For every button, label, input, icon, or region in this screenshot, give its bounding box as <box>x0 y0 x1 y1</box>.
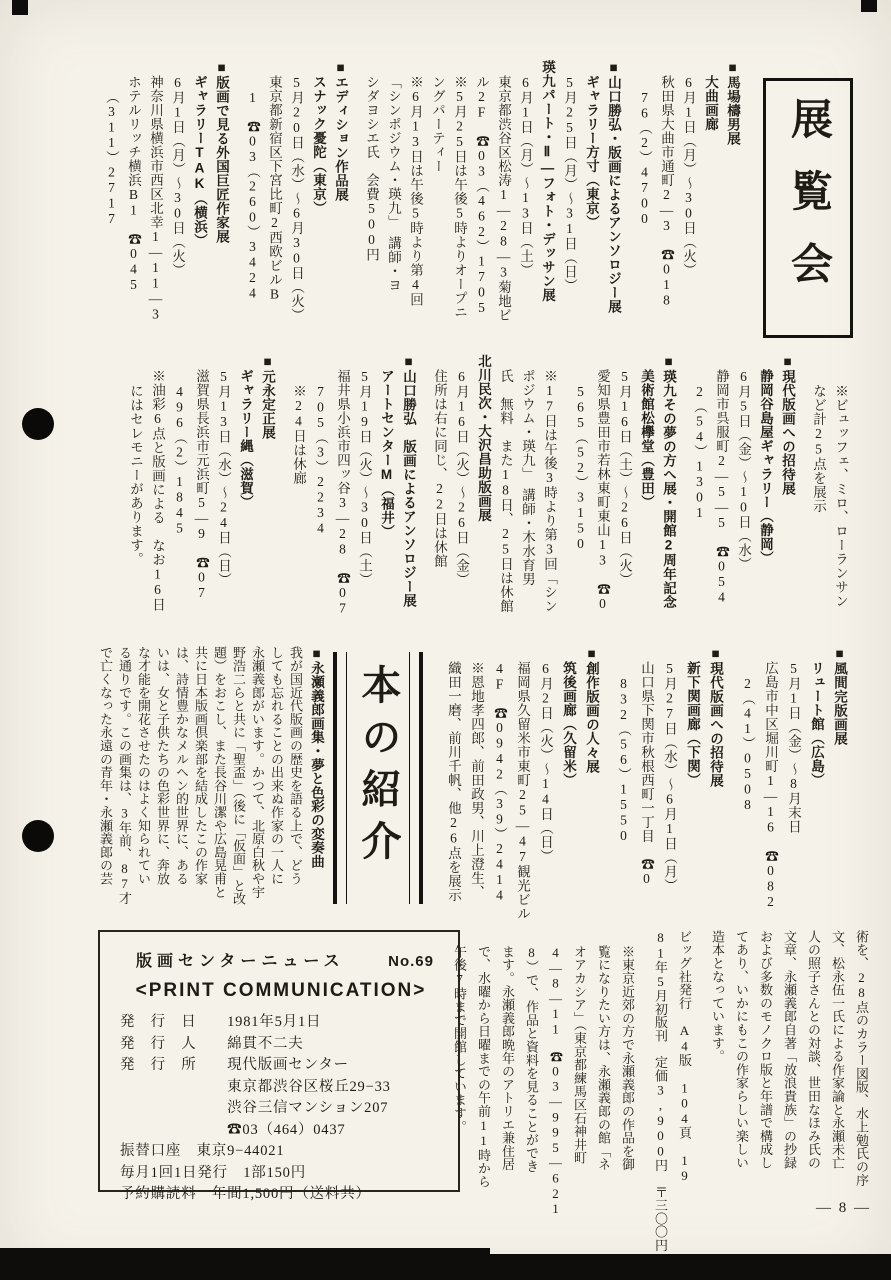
note-line: ※ビュッフェ、ミロ、ローランサン <box>829 354 851 650</box>
venue: ギャラリーTAK（横浜） <box>188 60 210 394</box>
binding-hole-top <box>22 408 54 440</box>
phone: 705（3）2234 <box>309 354 331 650</box>
note-line: 住所は右に同じ、22日は休館 <box>428 354 450 650</box>
exhibition-entry-yamaguchi-fukui: ■山口勝弘 版画によるアンソロジー展 アートセンターM（福井） 5月19日（火）… <box>287 354 419 650</box>
exhibition-entry-kurume: ■創作版画の人々展 筑後画廊（久留米） 6月2日（火）〜14日（日） 福岡県久留… <box>442 646 603 940</box>
text-column: 共に日本版画倶楽部を結成したこの作家 <box>191 646 210 938</box>
address: 福岡県久留米市東町25—47観光ビル <box>511 646 534 940</box>
colophon-row: 発 行 日 1981年5月1日 <box>120 1012 442 1034</box>
dates: 5月13日（水）〜24日（日） <box>212 354 234 650</box>
exhibition-entry-eikyu-notes: ※17日は午後3時より第3回「シン ポジウム・瑛九」 講師・木水育男 氏 無料 … <box>428 354 560 650</box>
venue: 新下関画廊（下関） <box>681 646 704 940</box>
text-column: 我が国近代版画の歴史を語る上で、どう <box>286 646 305 938</box>
note-line: ※24日は休廊 <box>287 354 309 650</box>
dates: 5月19日（火）〜30日（土） <box>353 354 375 650</box>
text-column: で、水曜から日曜までの午前11時から <box>471 930 495 1230</box>
scan-edge-bar <box>0 1254 891 1280</box>
note-line: ※恩地孝四郎、前田政男、川上澄生、 <box>465 646 488 940</box>
note-line: ※5月25日は午後5時よりオープニ <box>448 60 470 394</box>
text-column: オアカシア」（東京都練馬区石神井町 <box>567 930 591 1230</box>
exhibition-title: ■創作版画の人々展 <box>580 646 603 940</box>
colophon-row: 振替口座 東京9−44021 <box>120 1141 442 1163</box>
colophon-row: 渋谷三信マンション207 <box>120 1098 442 1120</box>
dates: 5月1日（金）〜8月末日 <box>782 646 805 940</box>
text-column: ※東京近郊の方で永瀬義郎の作品を御 <box>615 930 639 1230</box>
registration-mark-top-left <box>12 0 28 15</box>
address: 東京都渋谷区松涛1—28—3菊地ビ <box>492 60 514 394</box>
binding-hole-bottom <box>22 820 54 852</box>
colophon-rows: 発 行 日 1981年5月1日 発 行 人 綿貫不二夫 発 行 所 現代版画セン… <box>120 1012 442 1206</box>
colophon-row: 予約購読料 年間1,500円（送料共） <box>120 1184 442 1206</box>
dates: 6月2日（火）〜14日（日） <box>534 646 557 940</box>
book-review-article-part2: 術を、28点のカラー図版、水上勉氏の序 文、松永伍一氏による作家論と永瀬未亡 人… <box>438 930 873 1230</box>
exhibition-title: ■現代版画への招待展 <box>704 646 727 940</box>
phone: ル2F ☎03（462）1705 <box>470 60 492 394</box>
text-column: 文章、永瀬義郎自著「放浪貴族」の抄録 <box>777 930 801 1230</box>
text-column: 人の照子さんとの対談、世田なほみ氏の <box>801 930 825 1230</box>
venue: ギャラリー方寸（東京） <box>580 60 602 394</box>
address: 福井県小浜市四ッ谷3—28 ☎07 <box>331 354 353 650</box>
text-column: 術を、28点のカラー図版、水上勉氏の序 <box>849 930 873 1230</box>
exhibition-title: ■版画で見る外国巨匠作家展 <box>210 60 232 394</box>
colophon-row: 毎月1回1日発行 1部150円 <box>120 1163 442 1185</box>
venue: ギャラリー縄（滋賀） <box>234 354 256 650</box>
phone: 2（54）1301 <box>688 354 710 650</box>
text-column: しても忘れることの出来ぬ作家の一人に <box>267 646 286 938</box>
decorative-rule-right <box>409 652 423 904</box>
colophon-row: 発 行 所 現代版画センター <box>120 1055 442 1077</box>
note-line: ※6月13日は午後5時より第4回 <box>404 60 426 394</box>
exhibition-entry-kazama: ■風間完版画展 リュート館（広島） 5月1日（金）〜8月末日 広島市中区堀川町1… <box>736 646 851 940</box>
book-review-article-part1: ■永瀬義郎画集・夢と色彩の変奏曲 我が国近代版画の歴史を語る上で、どう しても忘… <box>96 646 328 938</box>
text-column: 造本となっています。 <box>705 930 729 1230</box>
scanned-newsletter-page: 展覧会 ■馬場檮男展 大曲画廊 6月1日（月）〜30日（火） 秋田県大曲市通町2… <box>0 0 891 1280</box>
text-column: 永瀬義郎がいます。かつて、北原白秋や宇 <box>248 646 267 938</box>
colophon-box: 版画センターニュース No.69 <PRINT COMMUNICATION> 発… <box>98 930 460 1192</box>
dates: 5月16日（土）〜26日（火） <box>613 354 635 650</box>
text-column: てあり、いかにもこの作家らしい楽しい <box>729 930 753 1230</box>
address: 東京都新宿区下宮比町2西欧ビルB <box>263 60 285 394</box>
page-number: — 8 — <box>816 1200 871 1217</box>
exhibition-title: ■元永定正展 <box>256 354 278 650</box>
phone: 76（2）4700 <box>633 60 655 394</box>
publisher-info: ビッグ社発行 A4版 104頁 19 81年5月初版刊 定価3,900円 〒三〇… <box>648 930 696 1230</box>
colophon-row: ☎03（464）0437 <box>120 1120 442 1142</box>
exhibition-title: ■現代版画への招待展 <box>776 354 798 650</box>
phone: 832（56）1550 <box>612 646 635 940</box>
text-column: 題）をおこし、また長谷川潔や広島晃甫と <box>210 646 229 938</box>
exhibition-title: ■山口勝弘 版画によるアンソロジー展 <box>397 354 419 650</box>
text-column: いは、女と子供たちの色彩世界に、奔放 <box>153 646 172 938</box>
exhibition-title: 瑛九パート・Ⅱ—フォト・デッサン展 <box>536 60 558 394</box>
phone: 1 ☎03（260）3424 <box>241 60 263 394</box>
newsletter-title: 版画センターニュース <box>136 948 345 971</box>
note-line: シダヨシエ氏 会費500円 <box>360 60 382 394</box>
note-line: など計25点を展示 <box>807 354 829 650</box>
venue: アートセンターM（福井） <box>375 354 397 650</box>
exhibition-title: ■風間完版画展 <box>828 646 851 940</box>
exhibitions-band-1: ■馬場檮男展 大曲画廊 6月1日（月）〜30日（火） 秋田県大曲市通町2—3 ☎… <box>91 60 743 394</box>
dates: 6月1日（月）〜13日（土） <box>514 60 536 394</box>
address: 神奈川県横浜市西区北幸1—11—3 <box>144 60 166 394</box>
exhibition-entry-shimonoseki: ■現代版画への招待展 新下関画廊（下関） 5月27日（水）〜6月1日（月） 山口… <box>612 646 727 940</box>
note-line: 「シンポジウム・瑛九」 講師・ヨ <box>382 60 404 394</box>
address: 広島市中区堀川町1—16 ☎082 <box>759 646 782 940</box>
issue-number: No.69 <box>388 953 434 970</box>
dates: 5月25日（月）〜31日（日） <box>558 60 580 394</box>
phone: （311）2717 <box>100 60 122 394</box>
note-line: 織田一磨、前川千帆、他26点を展示 <box>442 646 465 940</box>
text-column: ビッグ社発行 A4版 104頁 19 <box>672 930 696 1230</box>
exhibition-title: ■馬場檮男展 <box>721 60 743 394</box>
phone: 565（52）3150 <box>569 354 591 650</box>
text-column: および多数のモノクロ版と年譜で構成し <box>753 930 777 1230</box>
venue: スナック憂陀（東京） <box>307 60 329 394</box>
text-column: 8）で、作品と資料を見ることができ <box>519 930 543 1230</box>
address: 静岡市呉服町2—5—5 ☎054 <box>710 354 732 650</box>
note-line: にはセレモニーがあります。 <box>124 354 146 650</box>
venue: リュート館（広島） <box>805 646 828 940</box>
address: 秋田県大曲市通町2—3 ☎018 <box>655 60 677 394</box>
text-column: 4—8—11 ☎03—995—621 <box>543 930 567 1230</box>
exhibitions-section-title-box: 展覧会 <box>763 78 853 338</box>
visiting-note: ※東京近郊の方で永瀬義郎の作品を御 覧になりたい方は、永瀬義郎の館「ネ オアカシ… <box>447 930 639 1230</box>
text-column: は、詩情豊かなメルヘン的世界に、ある <box>172 646 191 938</box>
text-column: で亡くなった永遠の青年・永瀬義郎の芸 <box>96 646 115 938</box>
exhibition-title: ■エディション作品展 <box>329 60 351 394</box>
newsletter-subtitle: <PRINT COMMUNICATION> <box>120 980 442 1002</box>
colophon-row: 東京都渋谷区桜丘29−33 <box>120 1077 442 1099</box>
exhibition-entry-shizuoka: ■現代版画への招待展 静岡谷島屋ギャラリー（静岡） 6月5日（金）〜10日（水）… <box>688 354 798 650</box>
book-section-title: 本の紹介 <box>358 652 398 904</box>
exhibition-title: ■山口勝弘・版画によるアンソロジー展 <box>602 60 624 394</box>
text-column: 覧になりたい方は、永瀬義郎の館「ネ <box>591 930 615 1230</box>
dates: 6月16日（火）〜26日（金） <box>450 354 472 650</box>
phone: 4F ☎0942（39）2414 <box>488 646 511 940</box>
text-column: 文、松永伍一氏による作家論と永瀬未亡 <box>825 930 849 1230</box>
exhibitions-band-3: ■風間完版画展 リュート館（広島） 5月1日（金）〜8月末日 広島市中区堀川町1… <box>433 646 851 940</box>
phone: 496（2）1845 <box>168 354 190 650</box>
exhibition-entry-motonaga: ■元永定正展 ギャラリー縄（滋賀） 5月13日（水）〜24日（日） 滋賀県長浜市… <box>124 354 278 650</box>
phone: 2（41）0508 <box>736 646 759 940</box>
colophon-row: 発 行 人 綿貫不二夫 <box>120 1034 442 1056</box>
note-line: 氏 無料 また18日、25日は休館 <box>494 354 516 650</box>
dates: 5月27日（水）〜6月1日（月） <box>658 646 681 940</box>
text-column: ます。永瀬義郎晩年のアトリエ兼住居 <box>495 930 519 1230</box>
note-line: ングパーティー <box>426 60 448 394</box>
address: 愛知県豊田市若林東町東山13 ☎0 <box>591 354 613 650</box>
exhibition-entry-eikyu-toyota: ■瑛九その夢の方へ展・開館2周年記念 美術館松欅堂（豊田） 5月16日（土）〜2… <box>569 354 679 650</box>
dates: 5月20日（水）〜6月30日（火） <box>285 60 307 394</box>
registration-mark-top-right <box>861 0 877 12</box>
text-column: 81年5月初版刊 定価3,900円 〒三〇〇円 <box>648 930 672 1230</box>
colophon-header: 版画センターニュース No.69 <box>120 948 442 971</box>
exhibition-entry-foreign-masters: ■版画で見る外国巨匠作家展 ギャラリーTAK（横浜） 6月1日（月）〜30日（火… <box>100 60 232 394</box>
note-line: ※油彩6点と版画による なお16日 <box>146 354 168 650</box>
dates: 6月5日（金）〜10日（水） <box>732 354 754 650</box>
exhibition-entry-edition: ■エディション作品展 スナック憂陀（東京） 5月20日（水）〜6月30日（火） … <box>241 60 351 394</box>
exhibition-entry-yamaguchi-tokyo: ■山口勝弘・版画によるアンソロジー展 ギャラリー方寸（東京） 5月25日（月）〜… <box>360 60 624 394</box>
exhibitions-band-2: ※ビュッフェ、ミロ、ローランサン など計25点を展示 ■現代版画への招待展 静岡… <box>115 354 851 650</box>
exhibition-title: ■瑛九その夢の方へ展・開館2周年記念 <box>657 354 679 650</box>
dates: 6月1日（月）〜30日（火） <box>166 60 188 394</box>
exhibition-entry-continuation: ※ビュッフェ、ミロ、ローランサン など計25点を展示 <box>807 354 851 650</box>
decorative-rule-left <box>333 652 347 904</box>
exhibition-title: 北川民次・大沢昌助版画展 <box>472 354 494 650</box>
note-line: ポジウム・瑛九」 講師・木水育男 <box>516 354 538 650</box>
venue: 筑後画廊（久留米） <box>557 646 580 940</box>
address: 滋賀県長浜市元浜町5—9 ☎07 <box>190 354 212 650</box>
address: ホテルリッチ横浜B1 ☎045 <box>122 60 144 394</box>
note-line: ※17日は午後3時より第3回「シン <box>538 354 560 650</box>
text-column: る通りです。この画集は、3年前、87才 <box>115 646 134 938</box>
venue: 静岡谷島屋ギャラリー（静岡） <box>754 354 776 650</box>
address: 山口県下関市秋根西町一丁目 ☎0 <box>635 646 658 940</box>
dates: 6月1日（月）〜30日（火） <box>677 60 699 394</box>
book-section-title-block: 本の紹介 <box>333 652 423 904</box>
exhibition-entry-baba-toshio: ■馬場檮男展 大曲画廊 6月1日（月）〜30日（火） 秋田県大曲市通町2—3 ☎… <box>633 60 743 394</box>
venue: 大曲画廊 <box>699 60 721 394</box>
article-continuation: 術を、28点のカラー図版、水上勉氏の序 文、松永伍一氏による作家論と永瀬未亡 人… <box>705 930 873 1230</box>
book-heading: ■永瀬義郎画集・夢と色彩の変奏曲 <box>305 646 328 938</box>
text-column: な才能を開花させたのはよく知られてい <box>134 646 153 938</box>
venue: 美術館松欅堂（豊田） <box>635 354 657 650</box>
text-column: 野浩二らと共に「聖盃」（後に「仮面」と改 <box>229 646 248 938</box>
exhibitions-section-title: 展覧会 <box>787 81 829 314</box>
